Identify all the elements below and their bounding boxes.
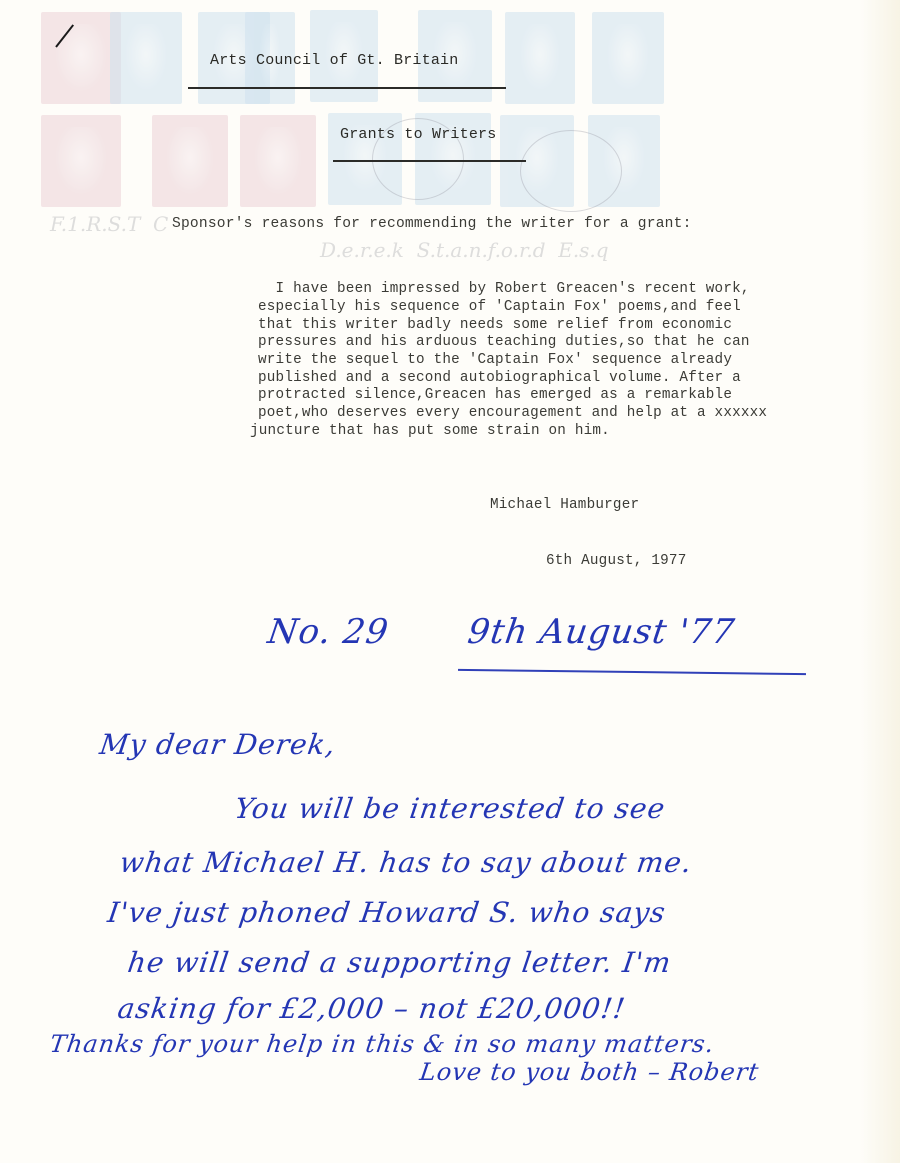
handwritten-line: asking for £2,000 – not £20,000!! <box>116 992 628 1025</box>
stamp-blue <box>110 12 182 104</box>
handwritten-line: I've just phoned Howard S. who says <box>106 896 668 929</box>
handwritten-line: Thanks for your help in this & in so man… <box>48 1030 716 1058</box>
pencil-annotation: F.1.R.S.T C <box>50 212 168 236</box>
statement-line: I have been impressed by Robert Greacen'… <box>258 281 750 299</box>
section-underline <box>333 160 526 162</box>
stamp-blue <box>505 12 575 104</box>
organization-heading: Arts Council of Gt. Britain <box>210 52 458 69</box>
document-page: Arts Council of Gt. Britain Grants to Wr… <box>0 0 900 1163</box>
handwritten-reference: No. 29 <box>265 612 391 652</box>
statement-line: poet,who deserves every encouragement an… <box>258 405 767 423</box>
statement-line: that this writer badly needs some relief… <box>258 317 732 335</box>
stamp-pink <box>41 115 121 207</box>
sponsor-prompt: Sponsor's reasons for recommending the w… <box>172 216 692 234</box>
paper-edge-shadow <box>860 0 900 1163</box>
handwritten-line: what Michael H. has to say about me. <box>118 846 695 879</box>
statement-line: especially his sequence of 'Captain Fox'… <box>258 299 741 317</box>
stamp-pink <box>240 115 316 207</box>
stamp-blue <box>592 12 664 104</box>
stamp-pink <box>41 12 121 104</box>
statement-line: juncture that has put some strain on him… <box>250 423 610 441</box>
handwritten-signoff: Love to you both – Robert <box>418 1058 761 1086</box>
stamp-pink <box>152 115 228 207</box>
statement-line: protracted silence,Greacen has emerged a… <box>258 387 732 405</box>
heading-underline <box>188 87 506 89</box>
postmark-circle <box>520 130 622 212</box>
sponsor-name: Michael Hamburger <box>490 497 639 515</box>
handwritten-date: 9th August '77 <box>465 612 737 652</box>
section-heading: Grants to Writers <box>340 126 496 143</box>
statement-line: write the sequel to the 'Captain Fox' se… <box>258 352 732 370</box>
typed-date: 6th August, 1977 <box>546 553 686 571</box>
handwritten-line: he will send a supporting letter. I'm <box>126 946 674 979</box>
handwritten-underline <box>458 669 806 675</box>
pencil-annotation-name: D.e.r.e.k S.t.a.n.f.o.r.d E.s.q <box>320 238 609 262</box>
handwritten-line: You will be interested to see <box>233 792 668 825</box>
stamp-background <box>0 0 900 220</box>
handwritten-salutation: My dear Derek, <box>98 728 338 761</box>
statement-line: published and a second autobiographical … <box>258 370 741 388</box>
statement-line: pressures and his arduous teaching dutie… <box>258 334 750 352</box>
